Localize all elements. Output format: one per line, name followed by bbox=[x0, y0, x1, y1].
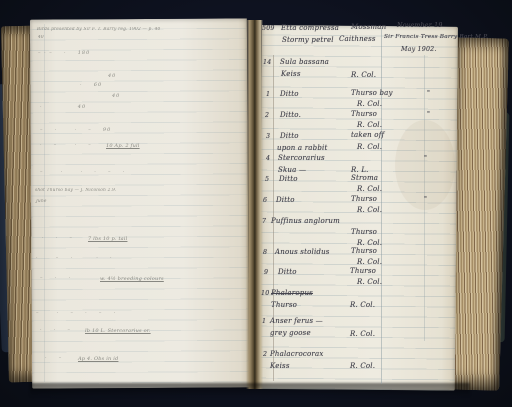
pencil-mark-row: – · – · 180 bbox=[38, 50, 90, 56]
ditto-mark: " bbox=[427, 90, 430, 97]
row-acquisition: R. Col. bbox=[357, 258, 382, 266]
heading-locality: Mossman bbox=[351, 23, 386, 31]
row-species: Anser ferus — bbox=[270, 317, 323, 325]
row-no: 10 bbox=[261, 290, 269, 297]
row-acquisition: R. Col. bbox=[357, 185, 382, 193]
row-no: 9 bbox=[264, 269, 268, 276]
pencil-note-header: Birds presented by Sir F. T. Barry reg. … bbox=[37, 27, 160, 32]
pencil-mark-row: 40 bbox=[108, 73, 116, 79]
row-acquisition: R. Col. bbox=[357, 121, 382, 129]
row-no: 1 bbox=[266, 91, 270, 98]
row-locality: Stroma bbox=[351, 174, 378, 182]
pencil-note: June bbox=[36, 199, 47, 204]
pencil-mark-row: · · – bbox=[42, 235, 73, 241]
book-gutter bbox=[246, 20, 263, 389]
row-no: 4 bbox=[266, 155, 270, 162]
pencil-mark-row: – · – · – · bbox=[36, 310, 116, 316]
row-no: 2 bbox=[265, 112, 269, 119]
heading-common-name: Stormy petrel bbox=[282, 36, 334, 44]
row-no: 6 bbox=[263, 197, 267, 204]
pencil-underlined-note: lb 10 L. Stercorarius or. bbox=[85, 328, 151, 334]
pencil-mark-row: – · · bbox=[40, 275, 71, 281]
row-species: Ditto bbox=[279, 175, 298, 183]
row-locality: taken off bbox=[351, 131, 384, 139]
row-species-struck: Phalaropus bbox=[271, 289, 313, 297]
pencil-underlined-note: 10 Ap. 2 full bbox=[106, 143, 140, 149]
heading-date: May 1902. bbox=[401, 46, 437, 53]
row-species: Anous stolidus bbox=[275, 248, 330, 256]
row-species-line2: Keiss bbox=[270, 362, 290, 370]
row-species: Ditto bbox=[280, 132, 299, 140]
row-species-line2: grey goose bbox=[270, 329, 311, 337]
row-no: 8 bbox=[263, 249, 267, 256]
row-acquisition: R. Col. bbox=[357, 278, 382, 286]
row-acquisition: R. Col. bbox=[357, 100, 382, 108]
row-species: Ditto. bbox=[280, 111, 301, 119]
pencil-mark-row: · – · – bbox=[40, 142, 92, 148]
row-species-line2: upon a rabbit bbox=[277, 144, 327, 152]
row-no: 1 bbox=[262, 318, 266, 325]
pencil-mark-row: · – · · · bbox=[36, 255, 113, 261]
row-locality: Thurso bbox=[350, 267, 376, 275]
row-acquisition: R. Col. bbox=[357, 143, 382, 151]
row-no: 3 bbox=[266, 133, 270, 140]
row-species-line2: Thurso bbox=[271, 301, 297, 309]
pencil-underlined-note: Ap 4. Obs in id bbox=[78, 356, 118, 362]
heading-donor: Sir Francis Tress Barry Bart M.P. bbox=[384, 34, 488, 40]
row-locality: Thurso bbox=[351, 247, 377, 255]
heading-species: Etta compressa bbox=[281, 24, 339, 32]
row-species-line2: Keiss bbox=[281, 70, 301, 78]
row-locality: Thurso bbox=[351, 228, 377, 236]
row-species-line2: Skua — bbox=[278, 166, 306, 174]
row-acquisition: R. L. bbox=[351, 166, 369, 174]
row-no: 7 bbox=[262, 218, 266, 225]
row-no: 14 bbox=[263, 59, 271, 66]
row-species: Ditto bbox=[278, 268, 297, 276]
row-species: Stercorarius bbox=[278, 154, 325, 162]
row-no: 2 bbox=[263, 351, 267, 358]
ditto-mark: " bbox=[427, 111, 430, 118]
row-species: Phalacrocorax bbox=[270, 350, 324, 358]
pencil-underlined-note: w. 4½ breeding colours bbox=[100, 276, 164, 282]
row-locality: Thurso bay bbox=[351, 89, 393, 97]
pencil-mark-row: · 60 bbox=[80, 82, 102, 88]
row-locality: Thurso bbox=[351, 195, 377, 203]
pencil-mark-row: · · – bbox=[40, 327, 71, 333]
book-shadow bbox=[30, 383, 470, 397]
pencil-mark-row: · 40 bbox=[40, 104, 86, 110]
row-acquisition: R. Col. bbox=[350, 330, 375, 338]
row-acquisition: R. Col. bbox=[351, 71, 376, 79]
row-acquisition: R. Col. bbox=[350, 362, 375, 370]
row-species: Ditto bbox=[280, 90, 299, 98]
row-acquisition: R. Col. bbox=[350, 301, 375, 309]
ditto-mark: " bbox=[424, 196, 427, 203]
heading-county: Caithness bbox=[339, 35, 376, 43]
row-species: Sula bassana bbox=[280, 58, 329, 66]
register-number: 509 bbox=[262, 25, 275, 32]
pencil-underlined-note: 7 lbs 10 p. tail bbox=[88, 236, 127, 242]
row-species: Ditto bbox=[276, 196, 295, 204]
row-species: Puffinus anglorum bbox=[271, 217, 340, 225]
pencil-mark-row: – · · · – · bbox=[40, 169, 125, 175]
heading-date-note: November 19 bbox=[397, 22, 443, 29]
row-no: 5 bbox=[265, 176, 269, 183]
pencil-mark-row: · – bbox=[45, 355, 62, 361]
open-register-photo: 509 Etta compressa Mossman November 19 S… bbox=[0, 0, 512, 407]
pencil-mark-row: – · · – 90 bbox=[40, 127, 111, 133]
pencil-note: shot Thurso bay — J. Nicolson 2.9. bbox=[35, 188, 117, 193]
row-locality: Thurso bbox=[351, 110, 377, 118]
pencil-note-number: 40 bbox=[38, 35, 44, 40]
pencil-mark-row: 40 bbox=[112, 93, 120, 99]
ditto-mark: " bbox=[424, 155, 427, 162]
row-acquisition: R. Col. bbox=[357, 206, 382, 214]
row-acquisition: R. Col. bbox=[357, 239, 382, 247]
